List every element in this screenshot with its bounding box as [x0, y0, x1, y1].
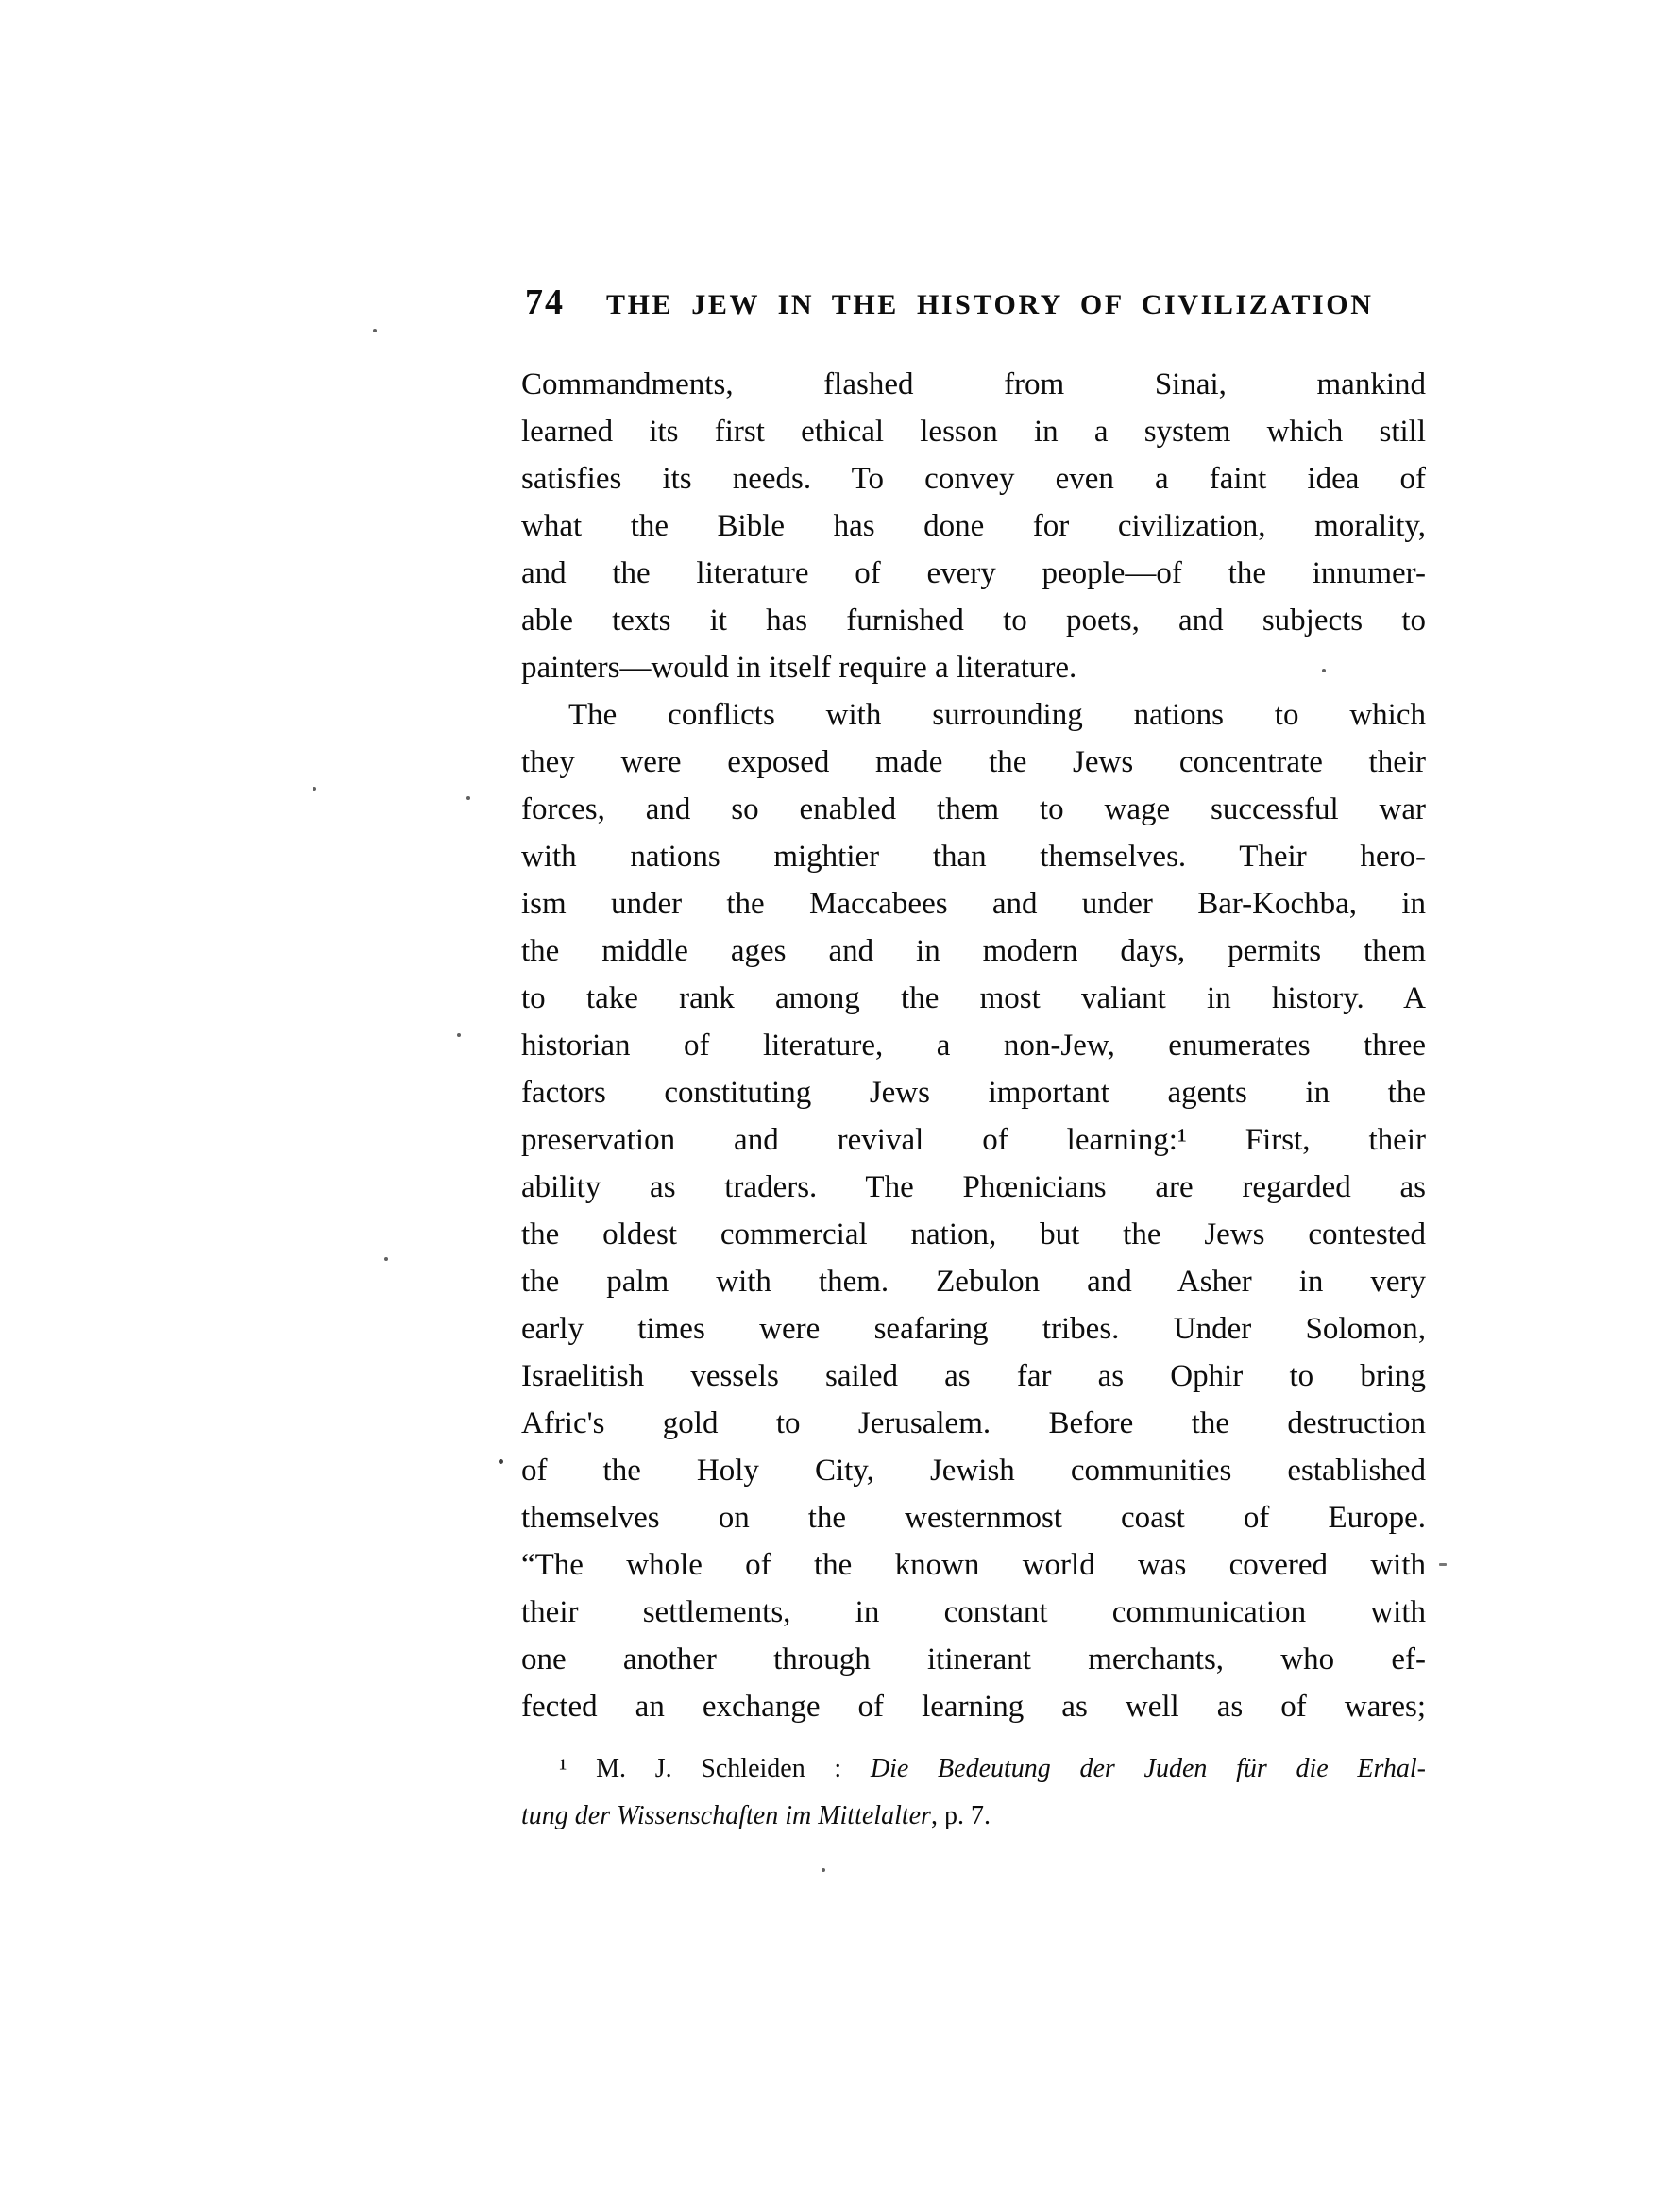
text-line: able texts it has furnished to poets, an…	[521, 597, 1426, 644]
text-line: to take rank among the most valiant in h…	[521, 975, 1426, 1022]
footnote-title-part1: Die Bedeutung der Juden für die Erhal-	[871, 1754, 1426, 1783]
page-header: 74 THE JEW IN THE HISTORY OF CIVILIZATIO…	[525, 281, 1373, 323]
text-line: satisfies its needs. To convey even a fa…	[521, 455, 1426, 502]
text-line: Afric's gold to Jerusalem. Before the de…	[521, 1400, 1426, 1447]
scan-speck	[499, 1459, 503, 1464]
text-line: with nations mightier than themselves. T…	[521, 833, 1426, 880]
book-page: 74 THE JEW IN THE HISTORY OF CIVILIZATIO…	[0, 0, 1660, 2212]
text-line: painters—would in itself require a liter…	[521, 644, 1426, 691]
text-line: preservation and revival of learning:¹ F…	[521, 1116, 1426, 1164]
footnote-line: tung der Wissenschaften im Mittelalter, …	[521, 1793, 1426, 1840]
text-line: early times were seafaring tribes. Under…	[521, 1305, 1426, 1353]
page-number: 74	[525, 281, 565, 323]
footnote-title-part2: tung der Wissenschaften im Mittelalter	[521, 1801, 931, 1830]
text-line: the middle ages and in modern days, perm…	[521, 927, 1426, 975]
text-line: Israelitish vessels sailed as far as Oph…	[521, 1353, 1426, 1400]
text-line: learned its first ethical lesson in a sy…	[521, 408, 1426, 455]
text-line: forces, and so enabled them to wage succ…	[521, 786, 1426, 833]
running-title: THE JEW IN THE HISTORY OF CIVILIZATION	[606, 289, 1373, 321]
text-line: ability as traders. The Phœnicians are r…	[521, 1164, 1426, 1211]
scan-speck	[1322, 669, 1326, 672]
scan-speck	[466, 796, 470, 800]
text-line: “The whole of the known world was covere…	[521, 1541, 1426, 1589]
body-text: Commandments, flashed from Sinai, mankin…	[521, 361, 1426, 1730]
footnote-line: ¹ M. J. Schleiden : Die Bedeutung der Ju…	[521, 1745, 1426, 1793]
footnote-page-ref: , p. 7.	[931, 1801, 991, 1830]
text-line: fected an exchange of learning as well a…	[521, 1683, 1426, 1730]
text-line: themselves on the westernmost coast of E…	[521, 1494, 1426, 1541]
scan-speck	[384, 1257, 388, 1261]
text-line: what the Bible has done for civilization…	[521, 502, 1426, 550]
footnote-marker-author: ¹ M. J. Schleiden :	[559, 1754, 871, 1783]
text-line: and the literature of every people—of th…	[521, 550, 1426, 597]
text-line: factors constituting Jews important agen…	[521, 1069, 1426, 1116]
text-line: the oldest commercial nation, but the Je…	[521, 1211, 1426, 1258]
scan-speck	[1439, 1563, 1447, 1566]
scan-speck	[457, 1033, 461, 1037]
text-line: historian of literature, a non-Jew, enum…	[521, 1022, 1426, 1069]
text-line: they were exposed made the Jews concentr…	[521, 739, 1426, 786]
text-line: of the Holy City, Jewish communities est…	[521, 1447, 1426, 1494]
text-line: Commandments, flashed from Sinai, mankin…	[521, 361, 1426, 408]
scan-speck	[373, 329, 377, 332]
text-line: one another through itinerant merchants,…	[521, 1636, 1426, 1683]
scan-speck	[822, 1868, 825, 1872]
footnote: ¹ M. J. Schleiden : Die Bedeutung der Ju…	[521, 1745, 1426, 1840]
text-line: The conflicts with surrounding nations t…	[521, 691, 1426, 739]
scan-speck	[313, 787, 316, 791]
scan-speck	[876, 616, 880, 620]
text-line: their settlements, in constant communica…	[521, 1589, 1426, 1636]
text-line: ism under the Maccabees and under Bar-Ko…	[521, 880, 1426, 927]
text-line: the palm with them. Zebulon and Asher in…	[521, 1258, 1426, 1305]
